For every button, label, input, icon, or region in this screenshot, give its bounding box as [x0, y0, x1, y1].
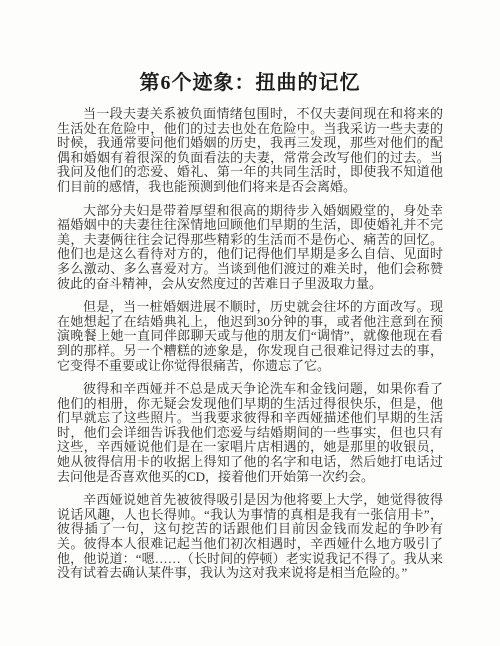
- document-page: 第6个迹象：扭曲的记忆 当一段夫妻关系被负面情绪包围时，不仅夫妻间现在和将来的生…: [0, 0, 500, 646]
- paragraph-5: 辛西娅说她首先被彼得吸引是因为他将要上大学，她觉得彼得说话风趣，人也长得帅。“我…: [57, 493, 443, 581]
- paragraph-3: 但是，当一桩婚姻进展不顺时，历史就会往坏的方面改写。现在她想起了在结婚典礼上，他…: [57, 300, 443, 373]
- paragraph-4: 彼得和辛西娅并不总是成天争论洗车和金钱问题，如果你看了他们的相册，你无疑会发现他…: [57, 382, 443, 484]
- paragraph-1: 当一段夫妻关系被负面情绪包围时，不仅夫妻间现在和将来的生活处在危险中，他们的过去…: [57, 107, 443, 195]
- page-title: 第6个迹象：扭曲的记忆: [57, 66, 443, 95]
- paragraph-2: 大部分夫妇是带着厚望和很高的期待步入婚姻殿堂的，身处幸福婚姻中的夫妻往往深情地回…: [57, 204, 443, 292]
